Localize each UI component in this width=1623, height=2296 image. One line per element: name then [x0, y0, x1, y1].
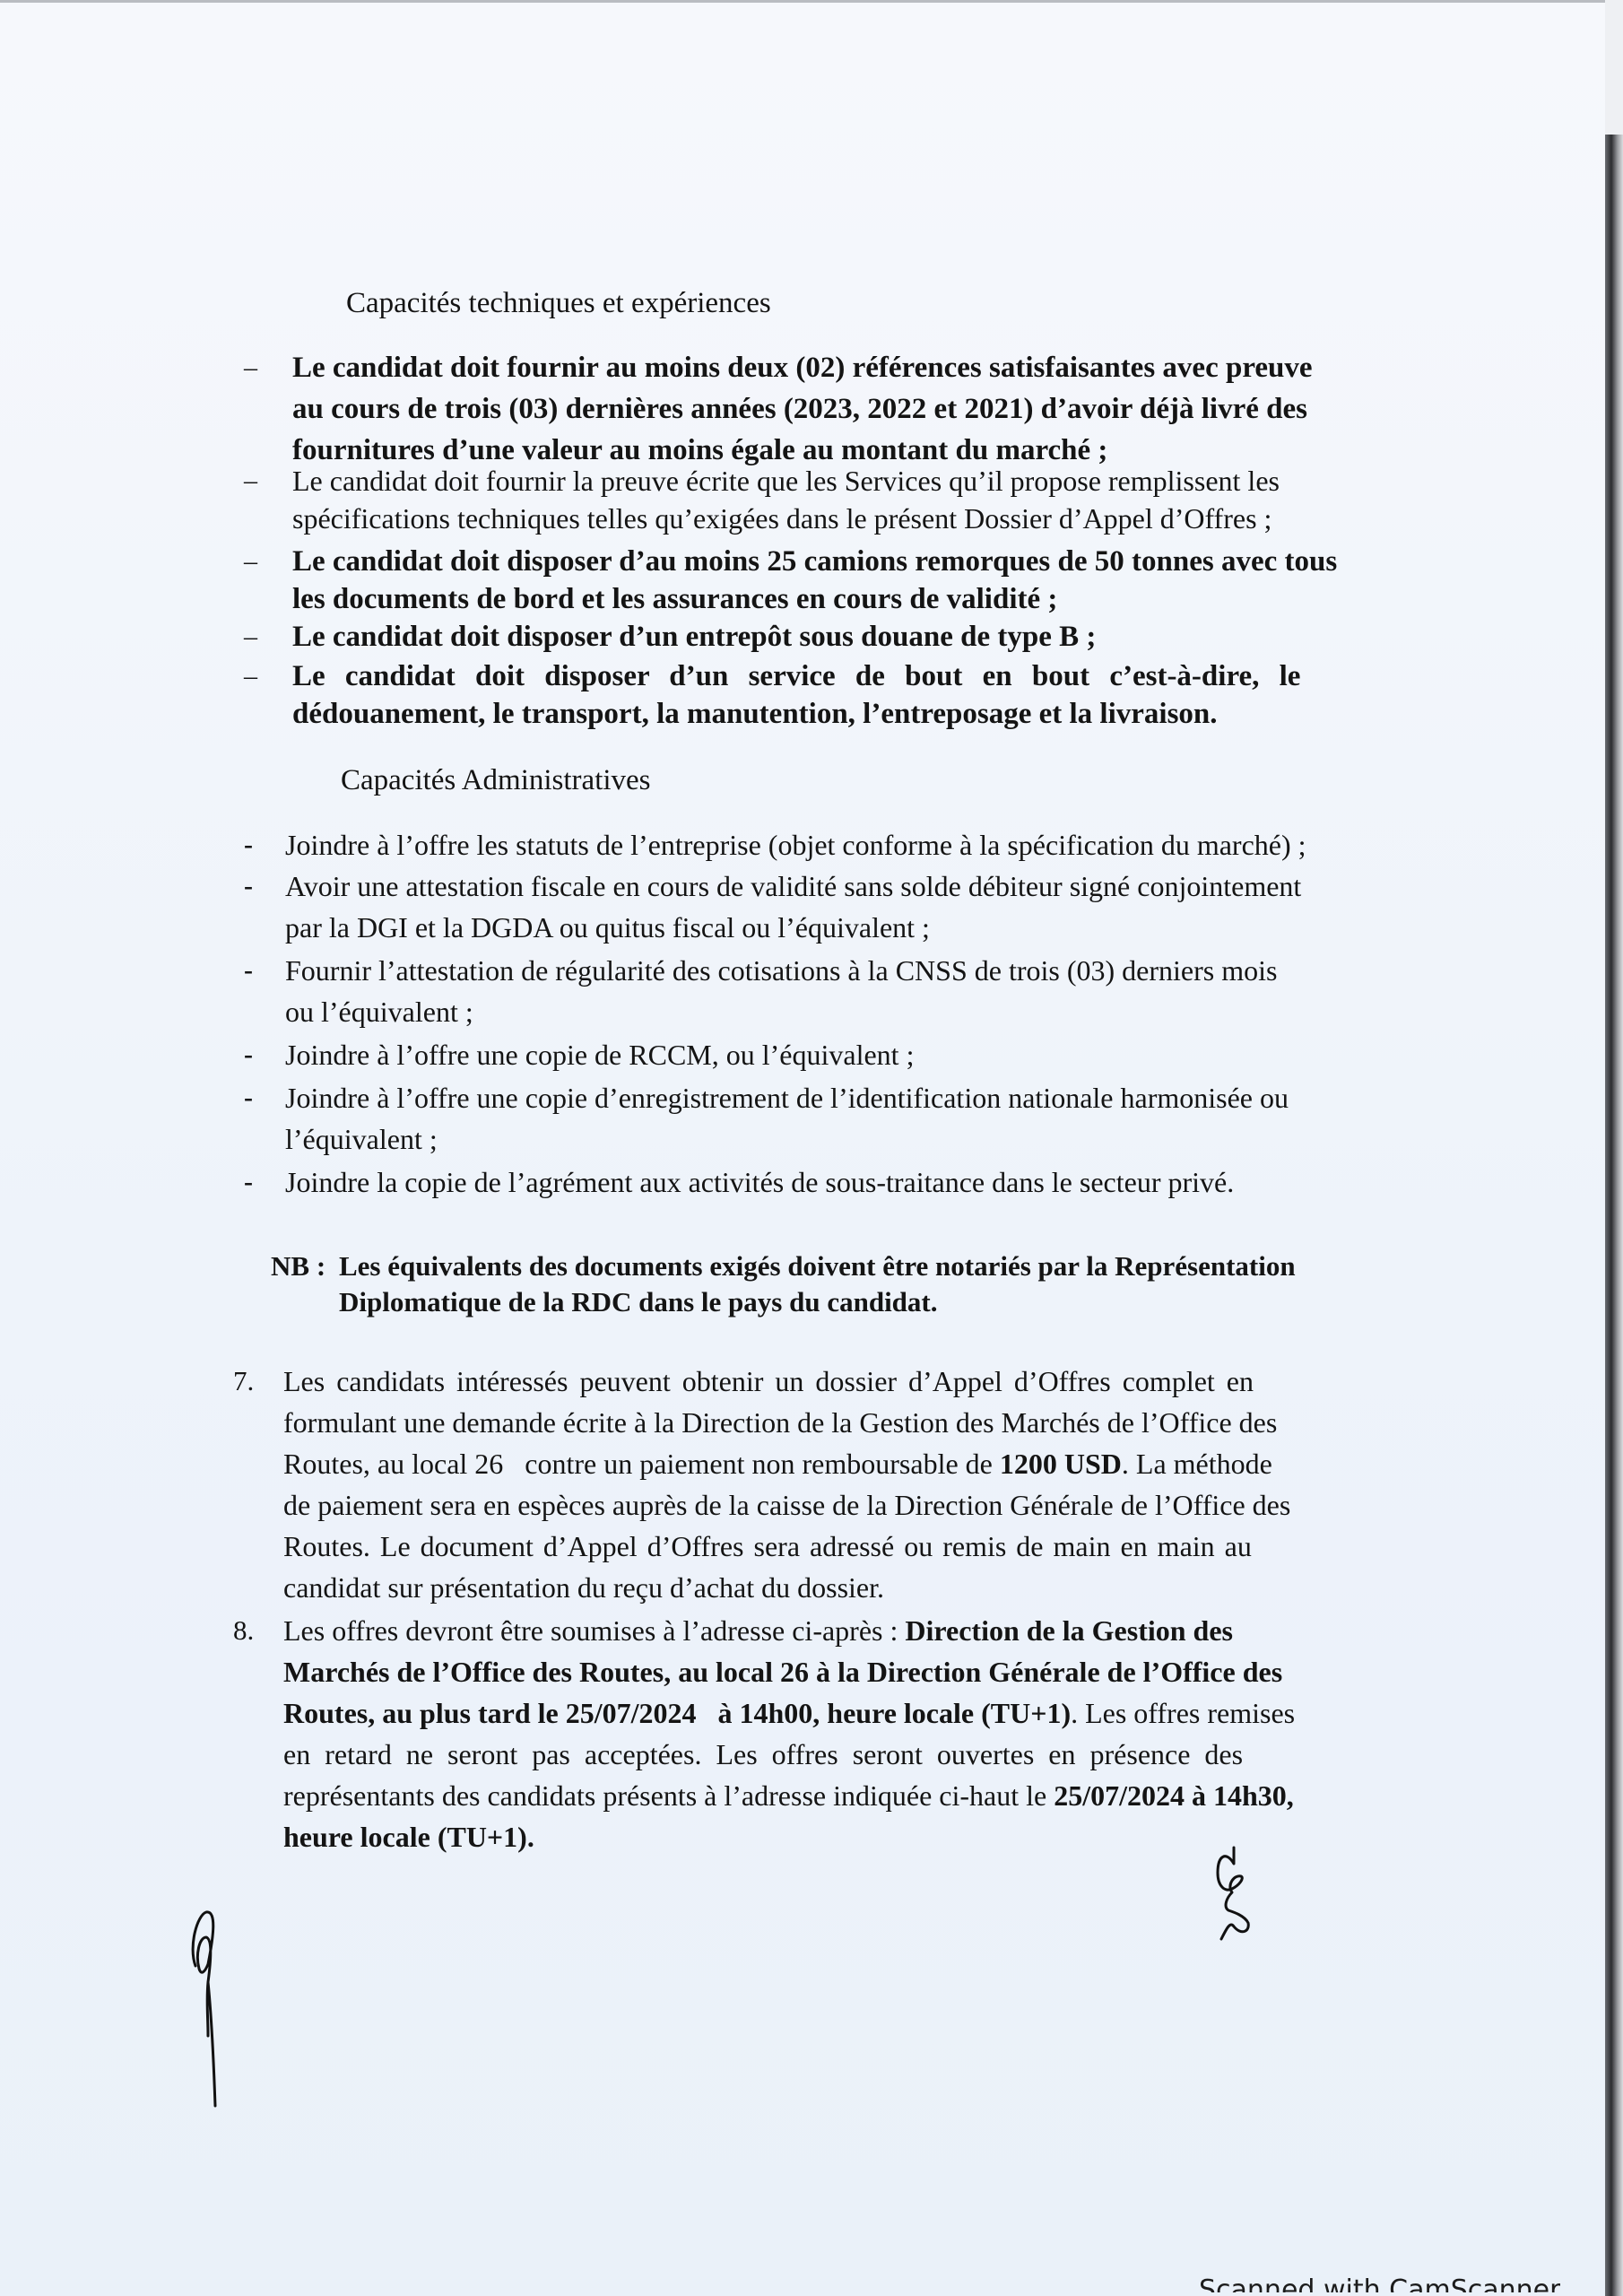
- signature-left-icon: [188, 1901, 242, 2117]
- admin-item-4-line-1: Joindre à l’offre une copie de RCCM, ou …: [285, 1037, 914, 1073]
- scanner-watermark: Scanned with CamScanner: [1199, 2273, 1560, 2292]
- paragraph-8-line-5: représentants des candidats présents à l…: [283, 1778, 1294, 1813]
- admin-item-2-line-1: Avoir une attestation fiscale en cours d…: [285, 868, 1301, 904]
- dash-bullet: –: [244, 544, 257, 579]
- paragraph-8-line-2: Marchés de l’Office des Routes, au local…: [283, 1654, 1282, 1690]
- technical-item-3-line-1: Le candidat doit disposer d’au moins 25 …: [292, 544, 1337, 579]
- technical-item-2-line-1: Le candidat doit fournir la preuve écrit…: [292, 463, 1280, 499]
- paragraph-8-line-1: Les offres devront être soumises à l’adr…: [283, 1613, 1233, 1648]
- paragraph-7-line-4: de paiement sera en espèces auprès de la…: [283, 1487, 1290, 1523]
- hyphen-bullet: -: [244, 827, 253, 863]
- section-heading-technical: Capacités techniques et expériences: [346, 285, 771, 321]
- technical-item-5-line-1: Le candidat doit disposer d’un service d…: [292, 658, 1368, 694]
- dash-bullet: –: [244, 463, 257, 499]
- dash-bullet: –: [244, 658, 257, 694]
- technical-item-3-line-2: les documents de bord et les assurances …: [292, 581, 1057, 617]
- scan-right-edge-shadow: [1605, 0, 1623, 2296]
- paragraph-7-line-3: Routes, au local 26 contre un paiement n…: [283, 1446, 1272, 1482]
- paragraph-8-line-1-text: Les offres devront être soumises à l’adr…: [283, 1614, 905, 1647]
- paragraph-7-line-2: formulant une demande écrite à la Direct…: [283, 1405, 1277, 1440]
- paragraph-7-number: 7.: [233, 1363, 254, 1399]
- technical-item-1-line-2: au cours de trois (03) dernières années …: [292, 391, 1307, 427]
- scanned-page: Capacités techniques et expériences – Le…: [0, 0, 1605, 2296]
- admin-item-1-line-1: Joindre à l’offre les statuts de l’entre…: [285, 827, 1306, 863]
- note-label: NB :: [271, 1248, 325, 1284]
- technical-item-5-line-2: dédouanement, le transport, la manutenti…: [292, 696, 1218, 732]
- admin-item-3-line-1: Fournir l’attestation de régularité des …: [285, 952, 1277, 988]
- hyphen-bullet: -: [244, 952, 253, 988]
- hyphen-bullet: -: [244, 1080, 253, 1116]
- admin-item-2-line-2: par la DGI et la DGDA ou quitus fiscal o…: [285, 909, 930, 945]
- hyphen-bullet: -: [244, 1037, 253, 1073]
- paragraph-7-line-6: candidat sur présentation du reçu d’acha…: [283, 1570, 884, 1605]
- paragraph-8-line-3-end: . Les offres remises: [1071, 1697, 1295, 1729]
- submission-address-start: Direction de la Gestion des: [905, 1614, 1233, 1647]
- paragraph-7-line-3-text: Routes, au local 26 contre un paiement n…: [283, 1448, 1000, 1480]
- paragraph-8-line-6: heure locale (TU+1).: [283, 1819, 534, 1855]
- technical-item-2-line-2: spécifications techniques telles qu’exig…: [292, 500, 1271, 536]
- dash-bullet: –: [244, 619, 257, 655]
- signature-right-icon: [1212, 1846, 1266, 1944]
- scan-right-edge-light: [1605, 0, 1623, 135]
- admin-item-5-line-2: l’équivalent ;: [285, 1121, 438, 1157]
- dash-bullet: –: [244, 350, 257, 386]
- submission-deadline: Routes, au plus tard le 25/07/2024 à 14h…: [283, 1697, 1071, 1729]
- note-line-2: Diplomatique de la RDC dans le pays du c…: [339, 1284, 938, 1320]
- paragraph-7-line-1: Les candidats intéressés peuvent obtenir…: [283, 1363, 1254, 1399]
- section-heading-administrative: Capacités Administratives: [341, 762, 651, 798]
- note-line-1: Les équivalents des documents exigés doi…: [339, 1248, 1296, 1284]
- technical-item-4-line-1: Le candidat doit disposer d’un entrepôt …: [292, 619, 1096, 655]
- paragraph-8-line-5-text: représentants des candidats présents à l…: [283, 1779, 1054, 1812]
- hyphen-bullet: -: [244, 1164, 253, 1200]
- admin-item-3-line-2: ou l’équivalent ;: [285, 994, 473, 1030]
- paragraph-8-line-3: Routes, au plus tard le 25/07/2024 à 14h…: [283, 1695, 1295, 1731]
- fee-amount: 1200 USD: [1000, 1448, 1122, 1480]
- technical-item-1-line-1: Le candidat doit fournir au moins deux (…: [292, 350, 1313, 386]
- paragraph-8-number: 8.: [233, 1613, 254, 1648]
- paragraph-7-line-5: Routes. Le document d’Appel d’Offres ser…: [283, 1528, 1252, 1564]
- hyphen-bullet: -: [244, 868, 253, 904]
- scan-top-edge: [0, 0, 1610, 3]
- admin-item-5-line-1: Joindre à l’offre une copie d’enregistre…: [285, 1080, 1289, 1116]
- paragraph-8-line-4: en retard ne seront pas acceptées. Les o…: [283, 1736, 1243, 1772]
- opening-date: 25/07/2024 à 14h30,: [1054, 1779, 1294, 1812]
- admin-item-6-line-1: Joindre la copie de l’agrément aux activ…: [285, 1164, 1234, 1200]
- paragraph-7-line-3-end: . La méthode: [1122, 1448, 1272, 1480]
